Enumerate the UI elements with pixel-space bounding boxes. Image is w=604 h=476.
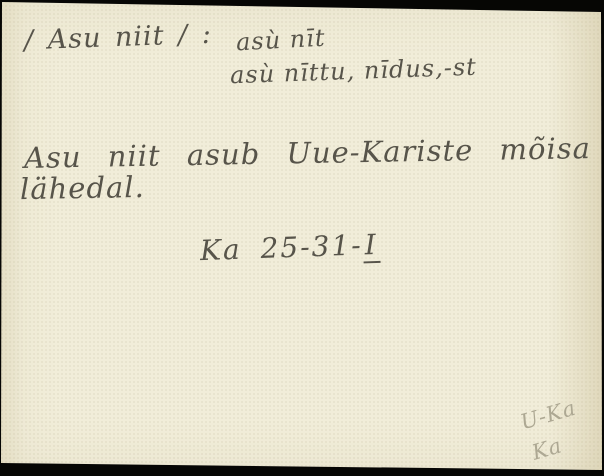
description-line-2: lähedal. [20,170,145,206]
pronunciation-line-2: asù nīttu, nīdus,-st [230,53,478,90]
corner-note-line-2: Ka [529,433,565,464]
pronunciation-line-1: asù nīt [235,24,326,57]
reference-code-prefix: Ka 25-31- [199,228,363,267]
corner-note-line-1: U-Ka [518,396,579,435]
index-card: / Asu niit / : asù nīt asù nīttu, nīdus,… [0,0,604,476]
reference-code-numeral: I [362,228,380,264]
scanned-archive-card-photo: { "card": { "entry_label": "/ Asu niit /… [0,0,604,476]
reference-code: Ka 25-31-I [199,228,380,267]
description-line-1: Asu niit asub Uue-Kariste mõisa [24,131,591,175]
entry-headword: / Asu niit / : [24,19,213,57]
